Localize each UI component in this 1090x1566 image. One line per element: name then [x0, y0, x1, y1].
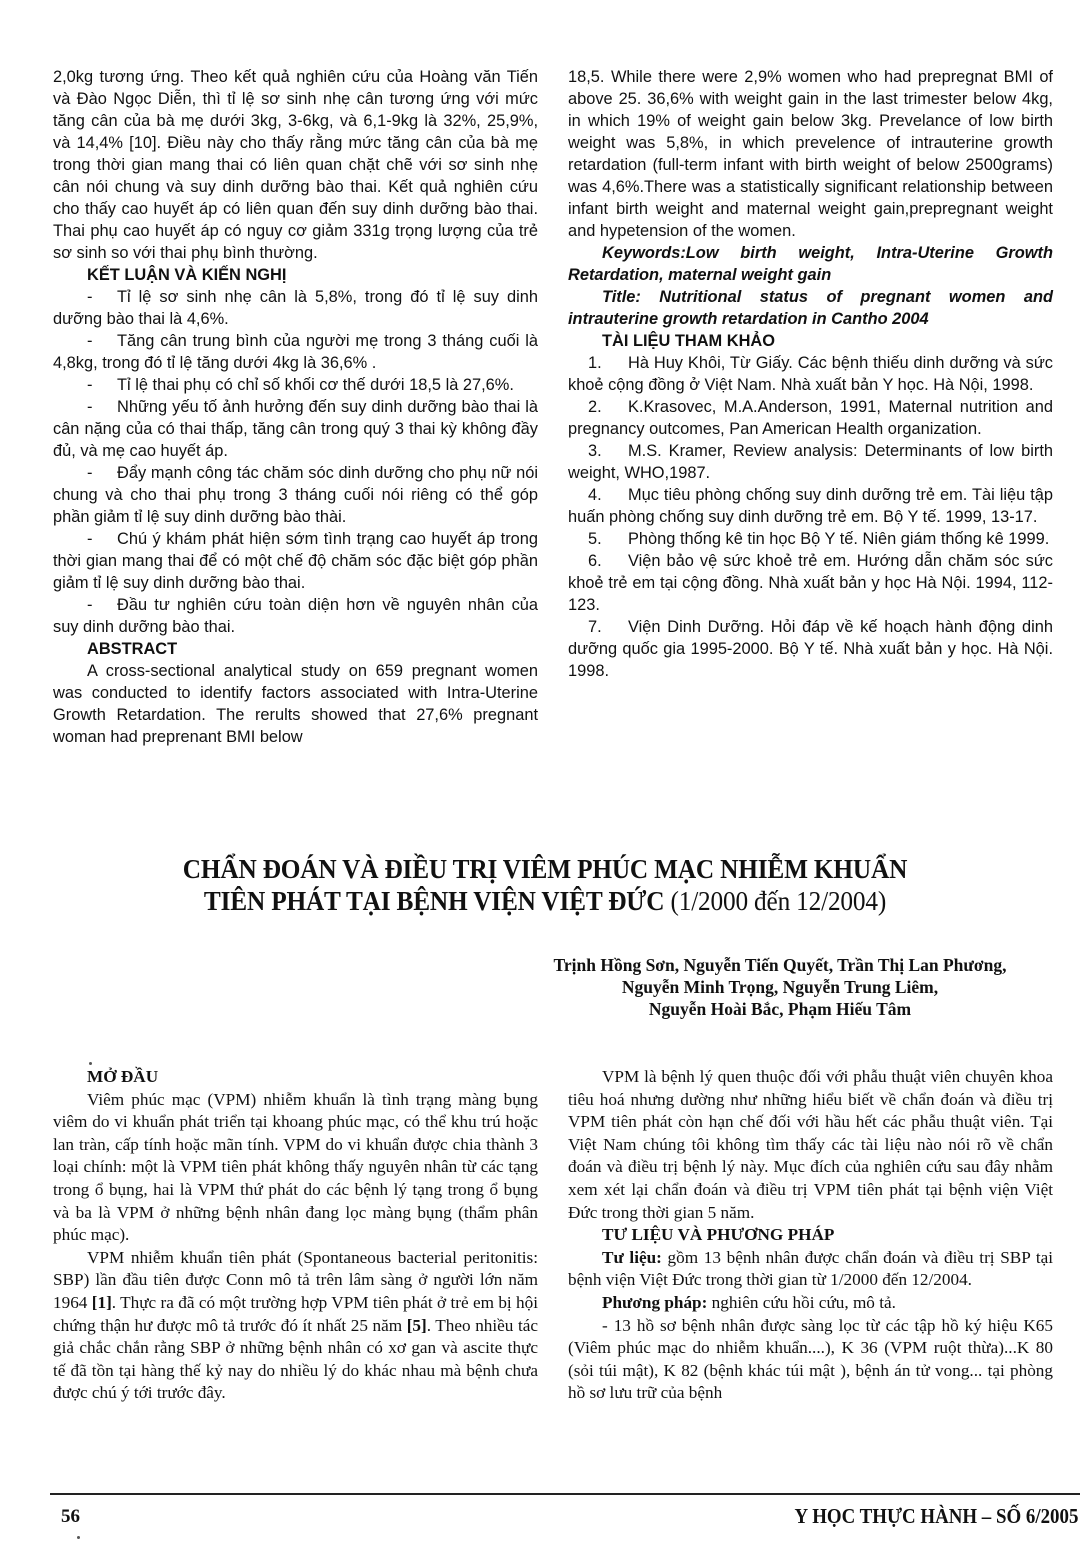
- conclusion-item: -Chú ý khám phát hiện sớm tình trạng cao…: [53, 528, 538, 594]
- authors-line-3: Nguyễn Hoài Bắc, Phạm Hiếu Tâm: [480, 998, 1080, 1020]
- method-item: - 13 hồ sơ bệnh nhân được sàng lọc từ cá…: [568, 1315, 1053, 1405]
- reference-number: 1.: [588, 352, 628, 374]
- article-title: CHẨN ĐOÁN VÀ ĐIỀU TRỊ VIÊM PHÚC MẠC NHIỄ…: [44, 853, 1047, 917]
- reference-item: 7.Viện Dinh Dưỡng. Hỏi đáp về kế hoạch h…: [568, 616, 1053, 682]
- reference-text: Mục tiêu phòng chống suy dinh dưỡng trẻ …: [568, 486, 1053, 526]
- materials-label: Tư liệu:: [602, 1248, 662, 1267]
- reference-text: Viện bảo vệ sức khoẻ trẻ em. Hướng dẫn c…: [568, 552, 1053, 614]
- conclusion-item: -Tỉ lệ thai phụ có chỉ số khối cơ thế dư…: [53, 374, 538, 396]
- conclusion-text: Những yếu tố ảnh hưởng đến suy dinh dưỡn…: [53, 398, 538, 460]
- bullet-dash: -: [87, 462, 117, 484]
- abstract-text: A cross-sectional analytical study on 65…: [53, 660, 538, 748]
- intro-paragraph-2: VPM nhiễm khuẩn tiên phát (Spontaneous b…: [53, 1247, 538, 1405]
- conclusion-item: -Đầu tư nghiên cứu toàn diện hơn về nguy…: [53, 594, 538, 638]
- reference-number: 5.: [588, 528, 628, 550]
- method-label: Phương pháp:: [602, 1293, 707, 1312]
- reference-text: K.Krasovec, M.A.Anderson, 1991, Maternal…: [568, 398, 1053, 438]
- citation: [5]: [407, 1316, 427, 1335]
- footer-rule: [50, 1493, 1080, 1495]
- reference-item: 2.K.Krasovec, M.A.Anderson, 1991, Matern…: [568, 396, 1053, 440]
- methods-heading: TƯ LIỆU VÀ PHƯƠNG PHÁP: [568, 1224, 1053, 1247]
- title-line-2: TIÊN PHÁT TẠI BỆNH VIỆN VIỆT ĐỨC (1/2000…: [44, 885, 1047, 917]
- intro-paragraph: 2,0kg tương ứng. Theo kết quả nghiên cứu…: [53, 66, 538, 264]
- abstract-continued: 18,5. While there were 2,9% women who ha…: [568, 66, 1053, 242]
- reference-number: 7.: [588, 616, 628, 638]
- article-authors: Trịnh Hồng Sơn, Nguyễn Tiến Quyết, Trần …: [480, 954, 1080, 1020]
- conclusion-text: Tỉ lệ sơ sinh nhẹ cân là 5,8%, trong đó …: [53, 288, 538, 328]
- intro-heading: MỞ ĐẦU: [53, 1066, 538, 1089]
- citation: [1]: [92, 1293, 112, 1312]
- authors-line-1: Trịnh Hồng Sơn, Nguyễn Tiến Quyết, Trần …: [480, 954, 1080, 976]
- reference-text: Viện Dinh Dưỡng. Hỏi đáp về kế hoạch hàn…: [568, 618, 1053, 680]
- reference-number: 4.: [588, 484, 628, 506]
- conclusion-item: -Những yếu tố ảnh hưởng đến suy dinh dưỡ…: [53, 396, 538, 462]
- journal-name: Y HỌC THỰC HÀNH – SỐ 6/2005: [794, 1504, 1078, 1529]
- title-date-range: (1/2000 đến 12/2004): [664, 885, 886, 916]
- bullet-dash: -: [87, 330, 117, 352]
- bullet-dash: -: [87, 396, 117, 418]
- title-line-1: CHẨN ĐOÁN VÀ ĐIỀU TRỊ VIÊM PHÚC MẠC NHIỄ…: [44, 853, 1047, 885]
- scan-speck: [77, 1536, 80, 1539]
- reference-item: 3.M.S. Kramer, Review analysis: Determin…: [568, 440, 1053, 484]
- purpose-paragraph: VPM là bệnh lý quen thuộc đối với phẫu t…: [568, 1066, 1053, 1224]
- reference-text: M.S. Kramer, Review analysis: Determinan…: [568, 442, 1053, 482]
- method-text: nghiên cứu hồi cứu, mô tả.: [707, 1293, 896, 1312]
- bullet-dash: -: [87, 594, 117, 616]
- page-number: 56: [61, 1506, 80, 1528]
- bottom-right-column: VPM là bệnh lý quen thuộc đối với phẫu t…: [568, 1066, 1053, 1405]
- reference-item: 5.Phòng thống kê tin học Bộ Y tế. Niên g…: [568, 528, 1053, 550]
- reference-text: Phòng thống kê tin học Bộ Y tế. Niên giá…: [628, 530, 1049, 548]
- reference-text: Hà Huy Khôi, Từ Giấy. Các bệnh thiếu din…: [568, 354, 1053, 394]
- english-title: Title: Nutritional status of pregnant wo…: [568, 286, 1053, 330]
- references-heading: TÀI LIỆU THAM KHẢO: [568, 330, 1053, 352]
- conclusion-item: -Đẩy mạnh công tác chăm sóc dinh dưỡng c…: [53, 462, 538, 528]
- method-paragraph: Phương pháp: nghiên cứu hồi cứu, mô tả.: [568, 1292, 1053, 1315]
- conclusion-text: Đẩy mạnh công tác chăm sóc dinh dưỡng ch…: [53, 464, 538, 526]
- reference-item: 6.Viện bảo vệ sức khoẻ trẻ em. Hướng dẫn…: [568, 550, 1053, 616]
- authors-line-2: Nguyễn Minh Trọng, Nguyễn Trung Liêm,: [480, 976, 1080, 998]
- top-right-column: 18,5. While there were 2,9% women who ha…: [568, 66, 1053, 682]
- conclusion-item: -Tăng cân trung bình của người mẹ trong …: [53, 330, 538, 374]
- reference-number: 3.: [588, 440, 628, 462]
- abstract-heading: ABSTRACT: [53, 638, 538, 660]
- reference-number: 6.: [588, 550, 628, 572]
- conclusion-text: Tỉ lệ thai phụ có chỉ số khối cơ thế dướ…: [117, 376, 514, 394]
- conclusion-text: Tăng cân trung bình của người mẹ trong 3…: [53, 332, 538, 372]
- scan-speck: [89, 1062, 92, 1065]
- reference-item: 1.Hà Huy Khôi, Từ Giấy. Các bệnh thiếu d…: [568, 352, 1053, 396]
- conclusion-text: Chú ý khám phát hiện sớm tình trạng cao …: [53, 530, 538, 592]
- title-line-2-main: TIÊN PHÁT TẠI BỆNH VIỆN VIỆT ĐỨC: [204, 885, 664, 916]
- conclusion-heading: KẾT LUẬN VÀ KIẾN NGHỊ: [53, 264, 538, 286]
- intro-paragraph-1: Viêm phúc mạc (VPM) nhiễm khuẩn là tình …: [53, 1089, 538, 1247]
- bullet-dash: -: [87, 374, 117, 396]
- materials-paragraph: Tư liệu: gồm 13 bệnh nhân được chẩn đoán…: [568, 1247, 1053, 1292]
- bottom-left-column: MỞ ĐẦU Viêm phúc mạc (VPM) nhiễm khuẩn l…: [53, 1066, 538, 1405]
- conclusion-item: -Tỉ lệ sơ sinh nhẹ cân là 5,8%, trong đó…: [53, 286, 538, 330]
- bullet-dash: -: [87, 528, 117, 550]
- conclusion-text: Đầu tư nghiên cứu toàn diện hơn về nguyê…: [53, 596, 538, 636]
- reference-item: 4.Mục tiêu phòng chống suy dinh dưỡng tr…: [568, 484, 1053, 528]
- top-left-column: 2,0kg tương ứng. Theo kết quả nghiên cứu…: [53, 66, 538, 748]
- reference-number: 2.: [588, 396, 628, 418]
- keywords: Keywords:Low birth weight, Intra-Uterine…: [568, 242, 1053, 286]
- bullet-dash: -: [87, 286, 117, 308]
